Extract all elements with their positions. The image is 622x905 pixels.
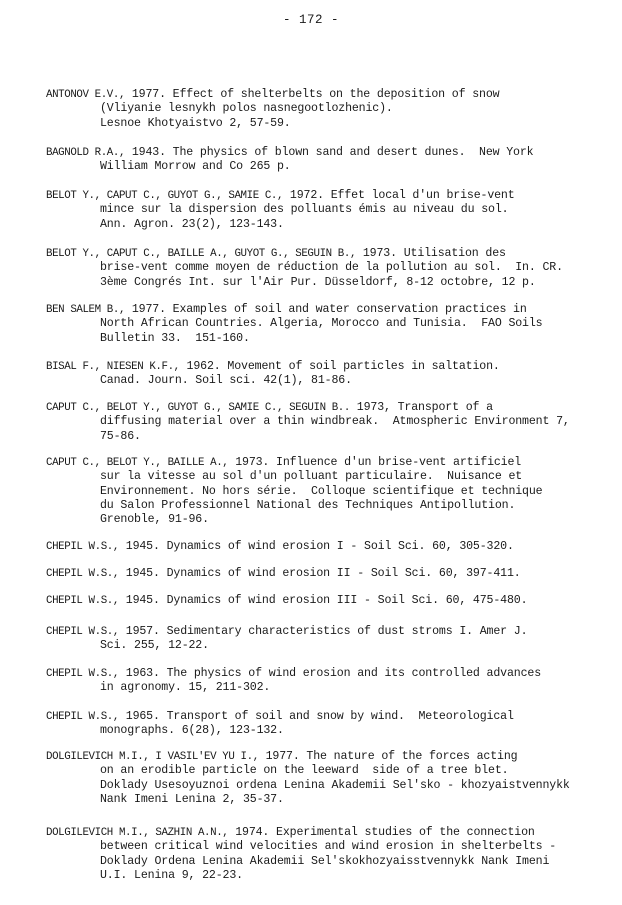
entry-authors: ANTONOV E.V., (46, 89, 125, 101)
bibliography-entry: DOLGILEVICH M.I., SAZHIN A.N., 1974. Exp… (46, 826, 606, 883)
entry-authors: CAPUT C., BELOT Y., GUYOT G., SAMIE C., … (46, 402, 350, 414)
entry-first-line: CHEPIL W.S., 1945. Dynamics of wind eros… (46, 594, 606, 608)
entry-first-line: CHEPIL W.S., 1957. Sedimentary character… (46, 625, 606, 639)
entry-first-line: DOLGILEVICH M.I., SAZHIN A.N., 1974. Exp… (46, 826, 606, 840)
entry-text: 1977. Effect of shelterbelts on the depo… (125, 88, 499, 101)
entry-text: 1945. Dynamics of wind erosion I - Soil … (119, 540, 514, 553)
entry-first-line: CHEPIL W.S., 1963. The physics of wind e… (46, 667, 606, 681)
bibliography-entry: CHEPIL W.S., 1963. The physics of wind e… (46, 667, 606, 696)
bibliography-entry: CAPUT C., BELOT Y., GUYOT G., SAMIE C., … (46, 401, 606, 444)
entry-continuation-line: Bulletin 33. 151-160. (46, 332, 606, 346)
entry-continuation-line: mince sur la dispersion des polluants ém… (46, 203, 606, 217)
entry-continuation-line: diffusing material over a thin windbreak… (46, 415, 606, 429)
entry-continuation-line: 75-86. (46, 430, 606, 444)
bibliography-entry: BEN SALEM B., 1977. Examples of soil and… (46, 303, 606, 346)
entry-text: 1965. Transport of soil and snow by wind… (119, 710, 514, 723)
entry-authors: BAGNOLD R.A., (46, 147, 125, 159)
entry-authors: CHEPIL W.S., (46, 668, 119, 680)
entry-authors: CHEPIL W.S., (46, 541, 119, 553)
entry-continuation-line: monographs. 6(28), 123-132. (46, 724, 606, 738)
entry-authors: CHEPIL W.S., (46, 595, 119, 607)
entry-continuation-line: Ann. Agron. 23(2), 123-143. (46, 218, 606, 232)
entry-text: 1962. Movement of soil particles in salt… (180, 360, 500, 373)
bibliography-entry: BISAL F., NIESEN K.F., 1962. Movement of… (46, 360, 606, 389)
entry-first-line: CHEPIL W.S., 1965. Transport of soil and… (46, 710, 606, 724)
bibliography-entry: BAGNOLD R.A., 1943. The physics of blown… (46, 146, 606, 175)
entry-continuation-line: Environnement. No hors série. Colloque s… (46, 485, 606, 499)
entry-text: 1973. Utilisation des (356, 247, 506, 260)
entry-first-line: BELOT Y., CAPUT C., BAILLE A., GUYOT G.,… (46, 247, 606, 261)
bibliography-entry: CHEPIL W.S., 1957. Sedimentary character… (46, 625, 606, 654)
entry-first-line: BELOT Y., CAPUT C., GUYOT G., SAMIE C., … (46, 189, 606, 203)
entry-first-line: ANTONOV E.V., 1977. Effect of shelterbel… (46, 88, 606, 102)
bibliography-entry: CHEPIL W.S., 1965. Transport of soil and… (46, 710, 606, 739)
entry-text: 1945. Dynamics of wind erosion III - Soi… (119, 594, 527, 607)
entry-authors: CHEPIL W.S., (46, 568, 119, 580)
entry-continuation-line: Doklady Usesoyuznoi ordena Lenina Akadem… (46, 779, 606, 793)
bibliography-entry: CHEPIL W.S., 1945. Dynamics of wind eros… (46, 540, 606, 554)
entry-text: 1945. Dynamics of wind erosion II - Soil… (119, 567, 521, 580)
entry-authors: DOLGILEVICH M.I., SAZHIN A.N., (46, 827, 228, 839)
entry-continuation-line: Nank Imeni Lenina 2, 35-37. (46, 793, 606, 807)
entry-first-line: BAGNOLD R.A., 1943. The physics of blown… (46, 146, 606, 160)
entry-first-line: CHEPIL W.S., 1945. Dynamics of wind eros… (46, 567, 606, 581)
entry-continuation-line: in agronomy. 15, 211-302. (46, 681, 606, 695)
entry-continuation-line: Canad. Journ. Soil sci. 42(1), 81-86. (46, 374, 606, 388)
entry-authors: BELOT Y., CAPUT C., BAILLE A., GUYOT G.,… (46, 248, 356, 260)
entry-text: 1973, Transport of a (350, 401, 493, 414)
entry-authors: CHEPIL W.S., (46, 711, 119, 723)
entry-continuation-line: Lesnoe Khotyaistvo 2, 57-59. (46, 117, 606, 131)
entry-first-line: CHEPIL W.S., 1945. Dynamics of wind eros… (46, 540, 606, 554)
entry-continuation-line: between critical wind velocities and win… (46, 840, 606, 854)
bibliography-entry: BELOT Y., CAPUT C., GUYOT G., SAMIE C., … (46, 189, 606, 232)
entry-text: 1974. Experimental studies of the connec… (228, 826, 534, 839)
entry-continuation-line: William Morrow and Co 265 p. (46, 160, 606, 174)
entry-text: 1977. The nature of the forces acting (259, 750, 518, 763)
bibliography-entry: CHEPIL W.S., 1945. Dynamics of wind eros… (46, 567, 606, 581)
bibliography-entry: ANTONOV E.V., 1977. Effect of shelterbel… (46, 88, 606, 131)
entry-text: 1963. The physics of wind erosion and it… (119, 667, 541, 680)
entry-text: 1977. Examples of soil and water conserv… (125, 303, 527, 316)
entry-continuation-line: Doklady Ordena Lenina Akademii Sel'skokh… (46, 855, 606, 869)
entry-first-line: CAPUT C., BELOT Y., BAILLE A., 1973. Inf… (46, 456, 606, 470)
page-number: - 172 - (0, 13, 622, 27)
bibliography-entry: CAPUT C., BELOT Y., BAILLE A., 1973. Inf… (46, 456, 606, 527)
entry-authors: CHEPIL W.S., (46, 626, 119, 638)
entry-continuation-line: du Salon Professionnel National des Tech… (46, 499, 606, 513)
entry-first-line: CAPUT C., BELOT Y., GUYOT G., SAMIE C., … (46, 401, 606, 415)
entry-continuation-line: (Vliyanie lesnykh polos nasnegootlozheni… (46, 102, 606, 116)
entry-continuation-line: U.I. Lenina 9, 22-23. (46, 869, 606, 883)
entry-continuation-line: North African Countries. Algeria, Morocc… (46, 317, 606, 331)
entry-continuation-line: sur la vitesse au sol d'un polluant part… (46, 470, 606, 484)
entry-text: 1943. The physics of blown sand and dese… (125, 146, 533, 159)
entry-continuation-line: Sci. 255, 12-22. (46, 639, 606, 653)
entry-authors: DOLGILEVICH M.I., I VASIL'EV YU I., (46, 751, 259, 763)
bibliography-entry: BELOT Y., CAPUT C., BAILLE A., GUYOT G.,… (46, 247, 606, 290)
entry-continuation-line: brise-vent comme moyen de réduction de l… (46, 261, 606, 275)
entry-authors: BELOT Y., CAPUT C., GUYOT G., SAMIE C., (46, 190, 283, 202)
entry-continuation-line: on an erodible particle on the leeward s… (46, 764, 606, 778)
entry-authors: CAPUT C., BELOT Y., BAILLE A., (46, 457, 228, 469)
entry-first-line: DOLGILEVICH M.I., I VASIL'EV YU I., 1977… (46, 750, 606, 764)
entry-text: 1957. Sedimentary characteristics of dus… (119, 625, 527, 638)
bibliography-entry: CHEPIL W.S., 1945. Dynamics of wind eros… (46, 594, 606, 608)
entry-text: 1973. Influence d'un brise-vent artifici… (228, 456, 521, 469)
entry-continuation-line: 3ème Congrés Int. sur l'Air Pur. Düsseld… (46, 276, 606, 290)
entry-continuation-line: Grenoble, 91-96. (46, 513, 606, 527)
entry-first-line: BEN SALEM B., 1977. Examples of soil and… (46, 303, 606, 317)
bibliography-entry: DOLGILEVICH M.I., I VASIL'EV YU I., 1977… (46, 750, 606, 807)
entry-text: 1972. Effet local d'un brise-vent (283, 189, 514, 202)
entry-authors: BISAL F., NIESEN K.F., (46, 361, 180, 373)
entry-authors: BEN SALEM B., (46, 304, 125, 316)
entry-first-line: BISAL F., NIESEN K.F., 1962. Movement of… (46, 360, 606, 374)
